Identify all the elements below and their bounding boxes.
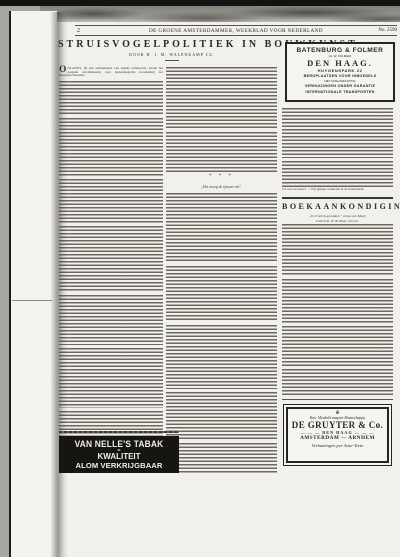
column-3-lower [282,224,393,400]
column-2-lower [166,193,277,476]
text-block [282,161,393,187]
text-block [166,193,277,263]
scan-top-black-bar [0,0,400,6]
column-3-fragment: Uit was de kaars? — Wij gingen wandelen … [282,188,393,192]
book-citation-line2: Latterlein, W. de Haan, Utrecht. [282,219,393,223]
lead-text: NLANGS, bij een samenkomst van enkele ar… [59,66,163,77]
text-block [166,266,277,322]
ad-divider-rule [59,431,179,433]
ad-divider-rule-2 [282,399,393,400]
ad-van-nelle-line4: ALOM VERKRIJGBAAR [59,461,179,470]
text-block [282,279,393,323]
text-block [282,108,393,158]
asterism-separator: * * * [166,174,277,179]
ad-gruyter-cities: AMSTERDAM — ARNHEM [288,435,387,442]
column-1: ONLANGS, bij een samenkomst van enkele a… [59,67,163,450]
ad-de-gruyter-frame: ♛ Kon. Meubeltransport Maatschappij DE G… [286,407,389,463]
ad-van-nelle: VAN NELLE'S TABAK IS KWALITEIT ALOM VERK… [59,436,179,473]
ad-batenburg-service4: INTERNATIONALE TRANSPORTEN [287,90,393,94]
text-block [166,132,277,172]
article-lead: ONLANGS, bij een samenkomst van enkele a… [59,67,163,78]
ad-van-nelle-line1: VAN NELLE'S TABAK [59,439,179,450]
ad-batenburg-service3: VERHUIZINGEN ONDER GARANTIE [287,84,393,88]
header-rule-bottom [75,35,397,36]
masthead-title: DE GROENE AMSTERDAMMER, WEEKBLAD VOOR NE… [75,28,397,34]
ad-batenburg-city: DEN HAAG. [287,58,393,68]
ad-gruyter-name: DE GRUYTER & Co. [288,420,387,430]
ad-batenburg-folmer: BATENBURG & FOLMER (G. W. FOLMER) DEN HA… [285,42,395,102]
ad-batenburg-name: BATENBURG & FOLMER [287,47,393,54]
text-block [59,81,163,115]
scanned-newspaper-page: 2 DE GROENE AMSTERDAMMER, WEEKBLAD VOOR … [0,0,400,557]
text-block [282,369,393,397]
text-block [166,392,277,440]
section-rule [282,197,393,199]
ad-van-nelle-line3: KWALITEIT [59,453,179,461]
text-block [59,348,163,408]
quote-line: „Het zweeg de sjouwer uit”. [166,185,277,189]
ad-gruyter-service: Verhuizingen per Auto-Trein [288,442,387,449]
text-block [166,443,277,473]
text-block [166,67,277,129]
byline-ornament [165,60,179,61]
text-block [59,226,163,292]
text-block [166,325,277,389]
ad-batenburg-address: HUYGENSPARK 22 [287,68,393,73]
ad-de-gruyter: ♛ Kon. Meubeltransport Maatschappij DE G… [283,404,392,466]
margin-mark [12,300,52,301]
section-title-boekaankondiging: BOEKAANKONDIGING [282,202,393,211]
article-headline: STRUISVOGELPOLITIEK IN BOUWKUNST [58,39,286,50]
article-byline: DOOR H. J. M. WALENKAMP CZ. [58,52,286,57]
issue-number: No. 2590 [355,28,397,33]
ad-batenburg-service2: MET SAFE-INRICHTING [287,79,393,83]
ad-batenburg-service1: BERGPLAATSEN VOOR INBOEDELS [287,74,393,78]
text-block [59,118,163,176]
text-block [59,295,163,345]
column-3 [282,108,393,190]
text-block [59,179,163,223]
column-2 [166,67,277,175]
header-rule-top [75,25,397,26]
text-block [282,326,393,366]
text-block [282,224,393,276]
book-citation-line1: „In U heb ik gevonden,” verzen van Marie [282,214,393,218]
